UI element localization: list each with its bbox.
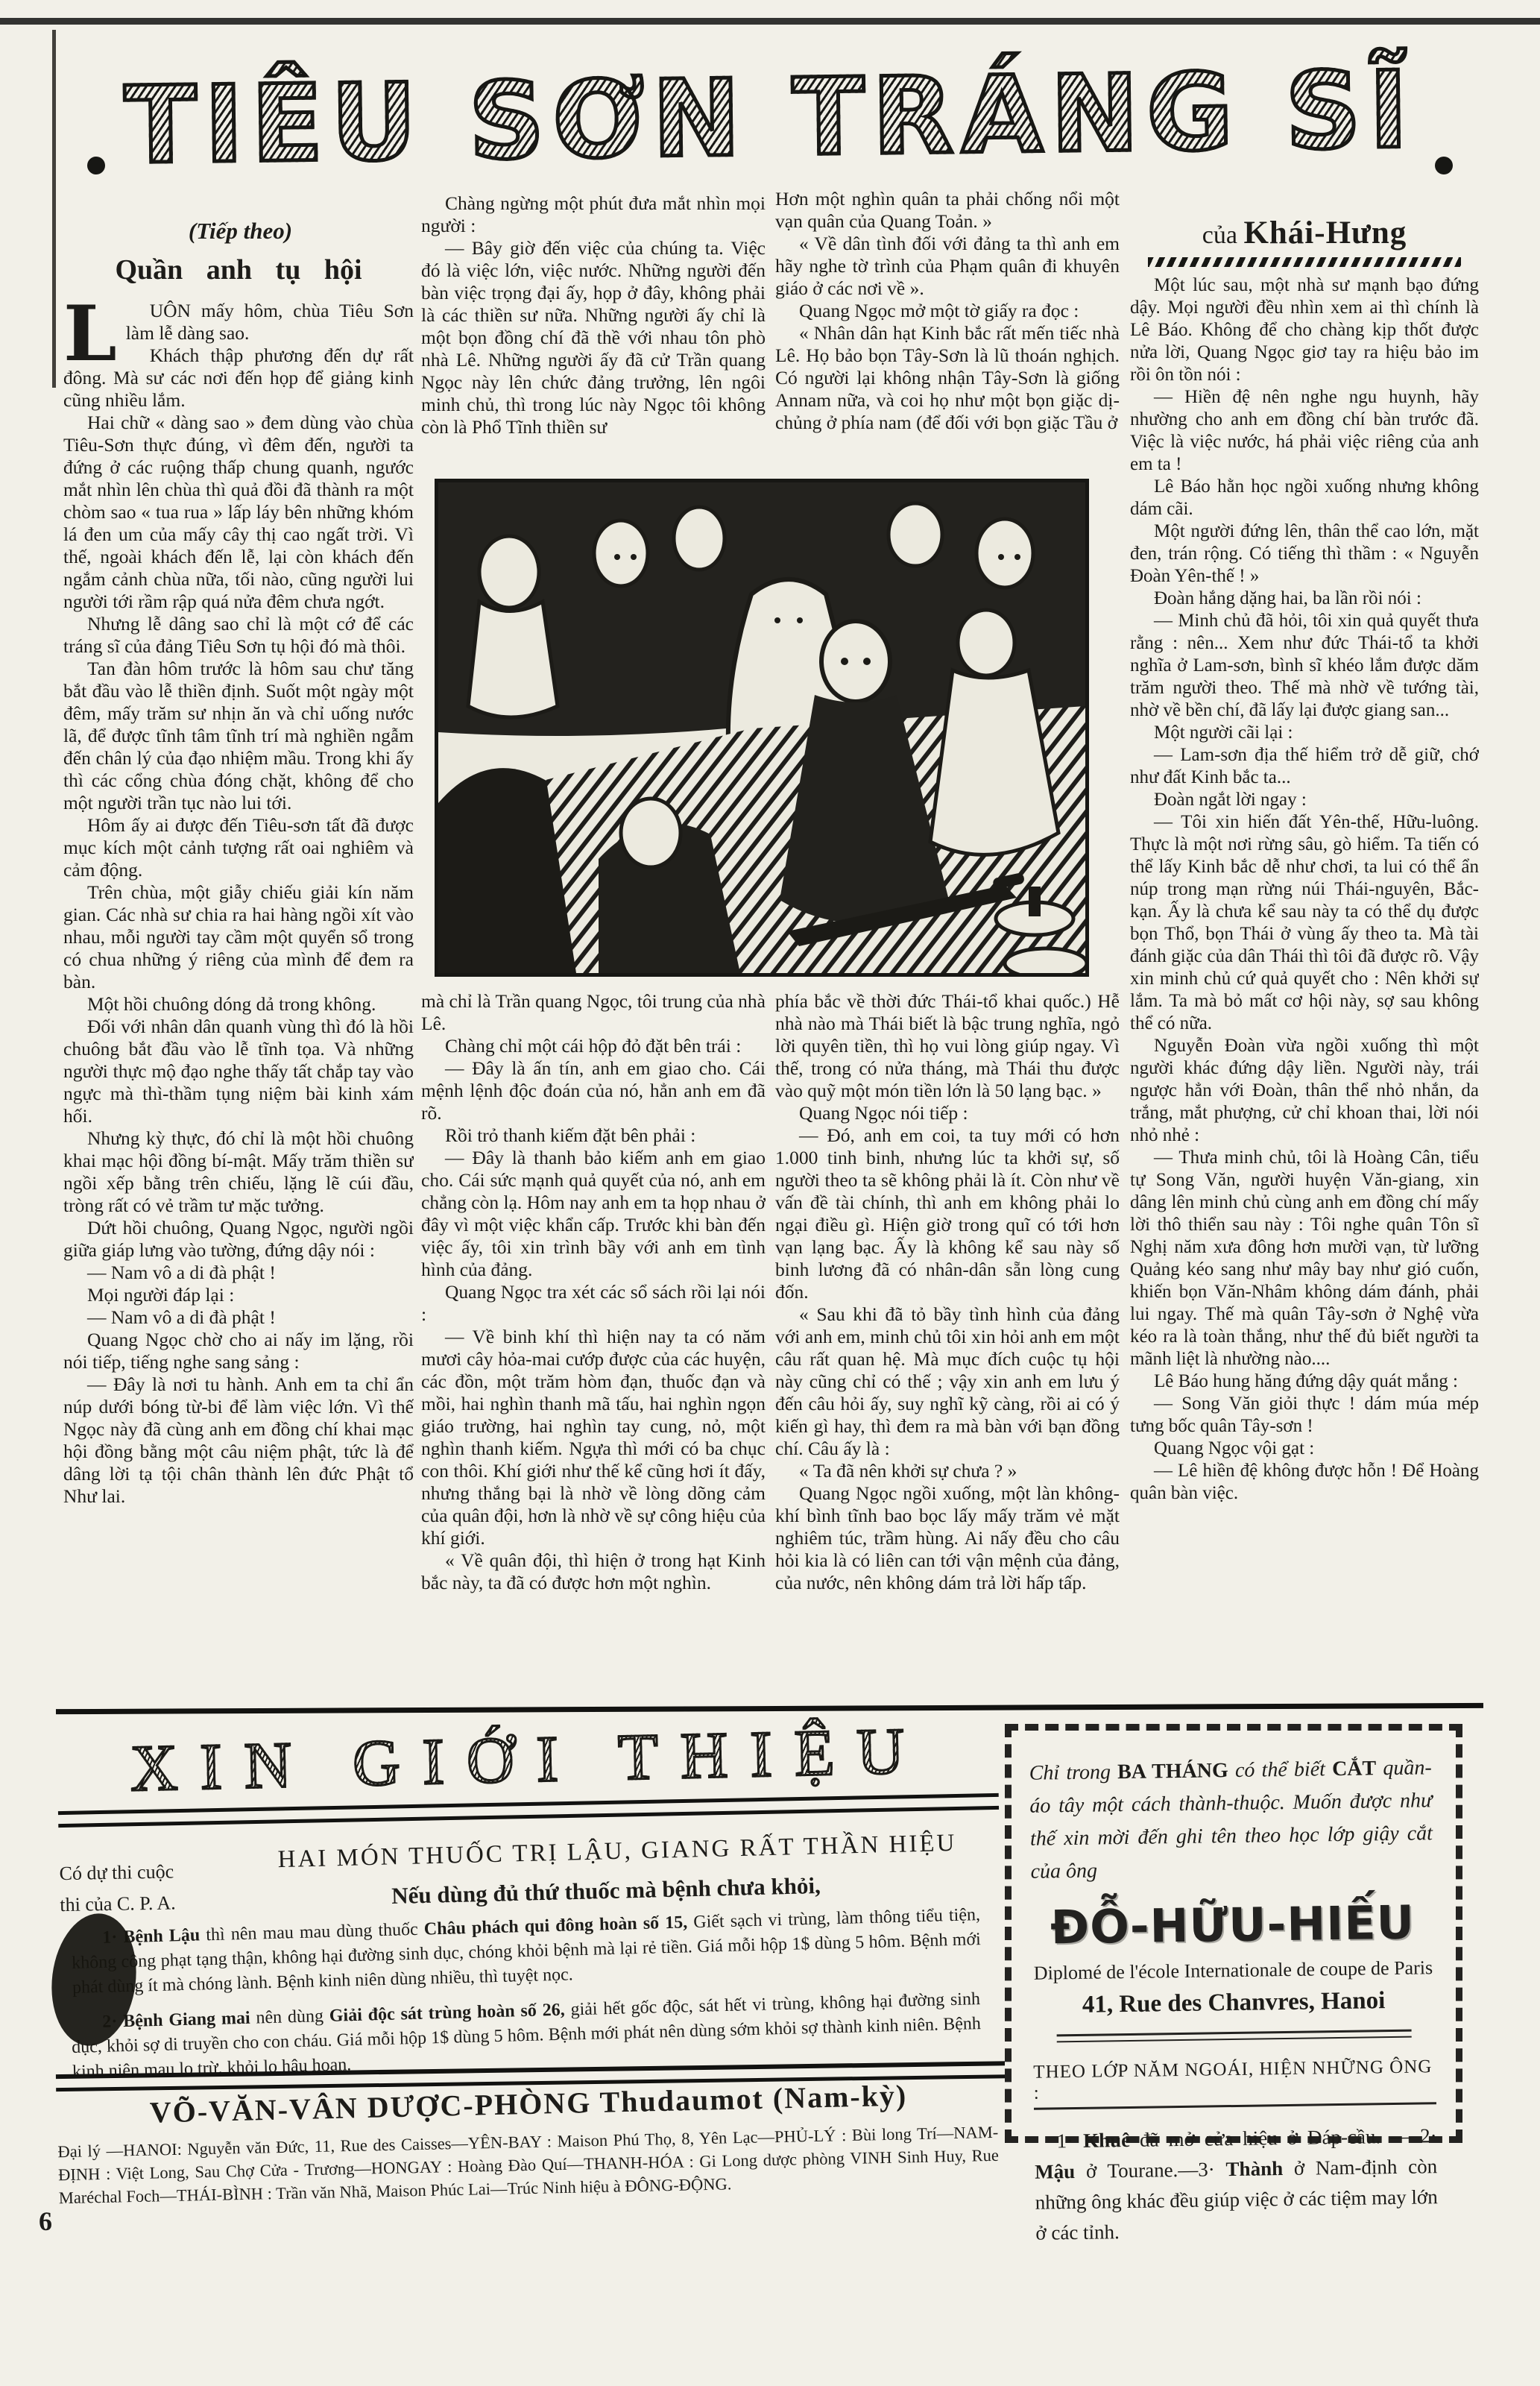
paragraph: Quang Ngọc nói tiếp : (775, 1102, 1120, 1124)
paragraph: Chàng ngừng một phút đưa mắt nhìn mọi ng… (421, 192, 766, 237)
paragraph: — Đây là ấn tín, anh em giao cho. Cái mệ… (421, 1057, 766, 1124)
masthead-title: TIÊU SƠN TRÁNG SĨ (124, 48, 1416, 187)
paragraph: Đoàn hắng dặng hai, ba lần rồi nói : (1130, 588, 1479, 610)
paragraph: — Lê hiền đệ không được hỗn ! Để Hoàng q… (1130, 1460, 1479, 1505)
section-heading: Quần anh tụ hội (63, 254, 414, 286)
tailor-ad-content: Chỉ trong BA THÁNG có thể biết CẮT quần-… (1029, 1751, 1438, 2248)
paragraph: « Về quân đội, thì hiện ở trong hạt Kinh… (421, 1549, 766, 1594)
paragraph: « Ta đã nên khởi sự chưa ? » (775, 1460, 1120, 1482)
tailor-ad-intro: Chỉ trong BA THÁNG có thể biết CẮT quần-… (1029, 1751, 1433, 1889)
scan-left-edge (52, 30, 56, 388)
paragraph: Trên chùa, một giẫy chiếu giải kín năm g… (63, 881, 414, 993)
paragraph: — Thưa minh chủ, tôi là Hoàng Cân, tiểu … (1130, 1147, 1479, 1370)
paragraph: Nguyễn Đoàn vừa ngồi xuống thì một người… (1130, 1035, 1479, 1147)
paragraph: Quang Ngọc tra xét các sổ sách rồi lại n… (421, 1281, 766, 1326)
paragraph: — Song Văn giỏi thực ! dám múa mép tưng … (1130, 1393, 1479, 1438)
masthead: TIÊU SƠN TRÁNG SĨ (58, 36, 1482, 200)
paragraph: — Bây giờ đến việc của chúng ta. Việc đó… (421, 237, 766, 438)
paragraph: — Đây là thanh bảo kiếm anh em giao cho.… (421, 1147, 766, 1281)
byline-hatch-rule (1148, 257, 1461, 267)
tailor-diploma: Diplomé de l'école Internationale de cou… (1032, 1957, 1434, 1985)
paragraph: Một người cãi lại : (1130, 722, 1479, 744)
woodcut-illustration-meeting-scene (435, 479, 1089, 977)
story-column-3-top: Hơn một nghìn quân ta phải chống nổi một… (775, 188, 1120, 476)
paragraph: Quang Ngọc vội gạt : (1130, 1438, 1479, 1460)
paragraph: Đoàn ngắt lời ngay : (1130, 789, 1479, 811)
paragraph: — Minh chủ đã hỏi, tôi xin quả quyết thư… (1130, 610, 1479, 722)
paragraph: Lê Báo hung hăng đứng dậy quát mắng : (1130, 1370, 1479, 1393)
paragraph: Hai chữ « dàng sao » đem dùng vào chùa T… (63, 412, 414, 613)
paragraph: phía bắc về thời đức Thái-tổ khai quốc.)… (775, 990, 1120, 1102)
ad-subheadline: HAI MÓN THUỐC TRỊ LẬU, GIANG RẤT THẦN HI… (248, 1829, 987, 1875)
tailor-divider-rule (1057, 2030, 1411, 2043)
paragraph: — Tôi xin hiến đất Yên-thế, Hữu-luông. T… (1130, 811, 1479, 1035)
story-column-1: L UÔN mấy hôm, chùa Tiêu Sơn làm lễ dàng… (63, 300, 414, 1707)
page-number: 6 (39, 2206, 52, 2237)
paragraph: Hôm ấy ai được đến Tiêu-sơn tất đã được … (63, 814, 414, 881)
paragraph: — Đây là nơi tu hành. Anh em ta chỉ ẩn n… (63, 1373, 414, 1508)
scan-top-edge (0, 18, 1540, 25)
paragraph: — Về binh khí thì hiện nay ta có năm mươ… (421, 1326, 766, 1549)
tailor-students-heading: THEO LỚP NĂM NGOÁI, HIỆN NHỮNG ÔNG : (1033, 2056, 1436, 2110)
story-column-2-bottom: mà chỉ là Trần quang Ngọc, tôi trung của… (421, 990, 766, 1706)
paragraph: Đối với nhân dân quanh vùng thì đó là hồ… (63, 1016, 414, 1127)
story-column-4: Một lúc sau, một nhà sư mạnh bạo đứng dậ… (1130, 274, 1479, 1706)
paragraph: — Lam-sơn địa thế hiểm trở dễ giữ, chớ n… (1130, 744, 1479, 789)
paragraph: Nhưng kỳ thực, đó chỉ là một hồi chuông … (63, 1127, 414, 1217)
paragraph: Một người đứng lên, thân thể cao lớn, mặ… (1130, 520, 1479, 588)
paragraph: mà chỉ là Trần quang Ngọc, tôi trung của… (421, 990, 766, 1035)
paragraph-list: Khách thập phương đến dự rất đông. Mà sư… (63, 344, 414, 1508)
paragraph: « Sau khi đã tỏ bầy tình hình của đảng v… (775, 1303, 1120, 1460)
paragraph: — Hiền đệ nên nghe ngu huynh, hãy nhường… (1130, 386, 1479, 476)
paragraph: Chàng chỉ một cái hộp đỏ đặt bên trái : (421, 1035, 766, 1057)
tailor-advertisement-box: Chỉ trong BA THÁNG có thể biết CẮT quần-… (1005, 1724, 1462, 2143)
paragraph: Quang Ngọc ngồi xuống, một làn không-khí… (775, 1482, 1120, 1594)
newspaper-page: TIÊU SƠN TRÁNG SĨ (Tiếp theo) của Khái-H… (0, 0, 1540, 2386)
paragraph: Một lúc sau, một nhà sư mạnh bạo đứng dậ… (1130, 274, 1479, 386)
masthead-dot-right (1435, 157, 1453, 174)
woodcut-illustration-graphic (438, 482, 1085, 973)
byline: của Khái-Hưng (1130, 215, 1479, 267)
story-column-3-bottom: phía bắc về thời đức Thái-tổ khai quốc.)… (775, 990, 1120, 1706)
paragraph: Mọi người đáp lại : (63, 1284, 414, 1306)
paragraph: Tan đàn hôm trước là hôm sau chư tăng bắ… (63, 658, 414, 814)
paragraph: Một hồi chuông dóng dả trong không. (63, 993, 414, 1016)
paragraph: — Nam vô a di đà phật ! (63, 1306, 414, 1329)
tailor-address: 41, Rue des Chanvres, Hanoi (1032, 1986, 1435, 2020)
paragraph: — Đó, anh em coi, ta tuy mới có hơn 1.00… (775, 1124, 1120, 1303)
paragraph: Hơn một nghìn quân ta phải chống nổi một… (775, 188, 1120, 233)
continuation-note: (Tiếp theo) (75, 218, 406, 245)
pharmacy-advertisement: XIN GIỚI THIỆU Có dự thi cuộc thi của C.… (58, 1715, 999, 2088)
paragraph: — Nam vô a di đà phật ! (63, 1262, 414, 1284)
ad-agents-list: Đại lý —HANOI: Nguyễn văn Đức, 11, Rue d… (57, 2121, 1000, 2209)
byline-prefix: của (1202, 221, 1237, 249)
tailor-name: ĐỖ-HỮU-HIẾU (1031, 1895, 1434, 1955)
paragraph: « Về dân tình đối với đảng ta thì anh em… (775, 233, 1120, 300)
tailor-students-list: 1· Khuê đã mở cửa hiệu ở Đáp-cầu. — 2· M… (1034, 2121, 1438, 2249)
ad-headline: XIN GIỚI THIỆU (57, 1712, 1000, 1809)
ad-side-note: Có dự thi cuộc thi của C. P. A. (59, 1855, 242, 1921)
paragraph: Quang Ngọc mở một tờ giấy ra đọc : (775, 300, 1120, 322)
paragraph: Rồi trỏ thanh kiếm đặt bên phải : (421, 1124, 766, 1147)
paragraph: Lê Báo hằn học ngồi xuống nhưng không dá… (1130, 476, 1479, 520)
masthead-dot-left (87, 157, 105, 174)
byline-author: Khái-Hưng (1243, 215, 1407, 251)
paragraph: « Nhân dân hạt Kinh bắc rất mến tiếc nhà… (775, 322, 1120, 434)
story-column-2-top: Chàng ngừng một phút đưa mắt nhìn mọi ng… (421, 192, 766, 476)
paragraph: Nhưng lễ dâng sao chỉ là một cớ để các t… (63, 613, 414, 658)
paragraph: Dứt hồi chuông, Quang Ngọc, người ngồi g… (63, 1217, 414, 1262)
drop-cap: L (63, 300, 126, 365)
paragraph: Quang Ngọc chờ cho ai nấy im lặng, rồi n… (63, 1329, 414, 1373)
